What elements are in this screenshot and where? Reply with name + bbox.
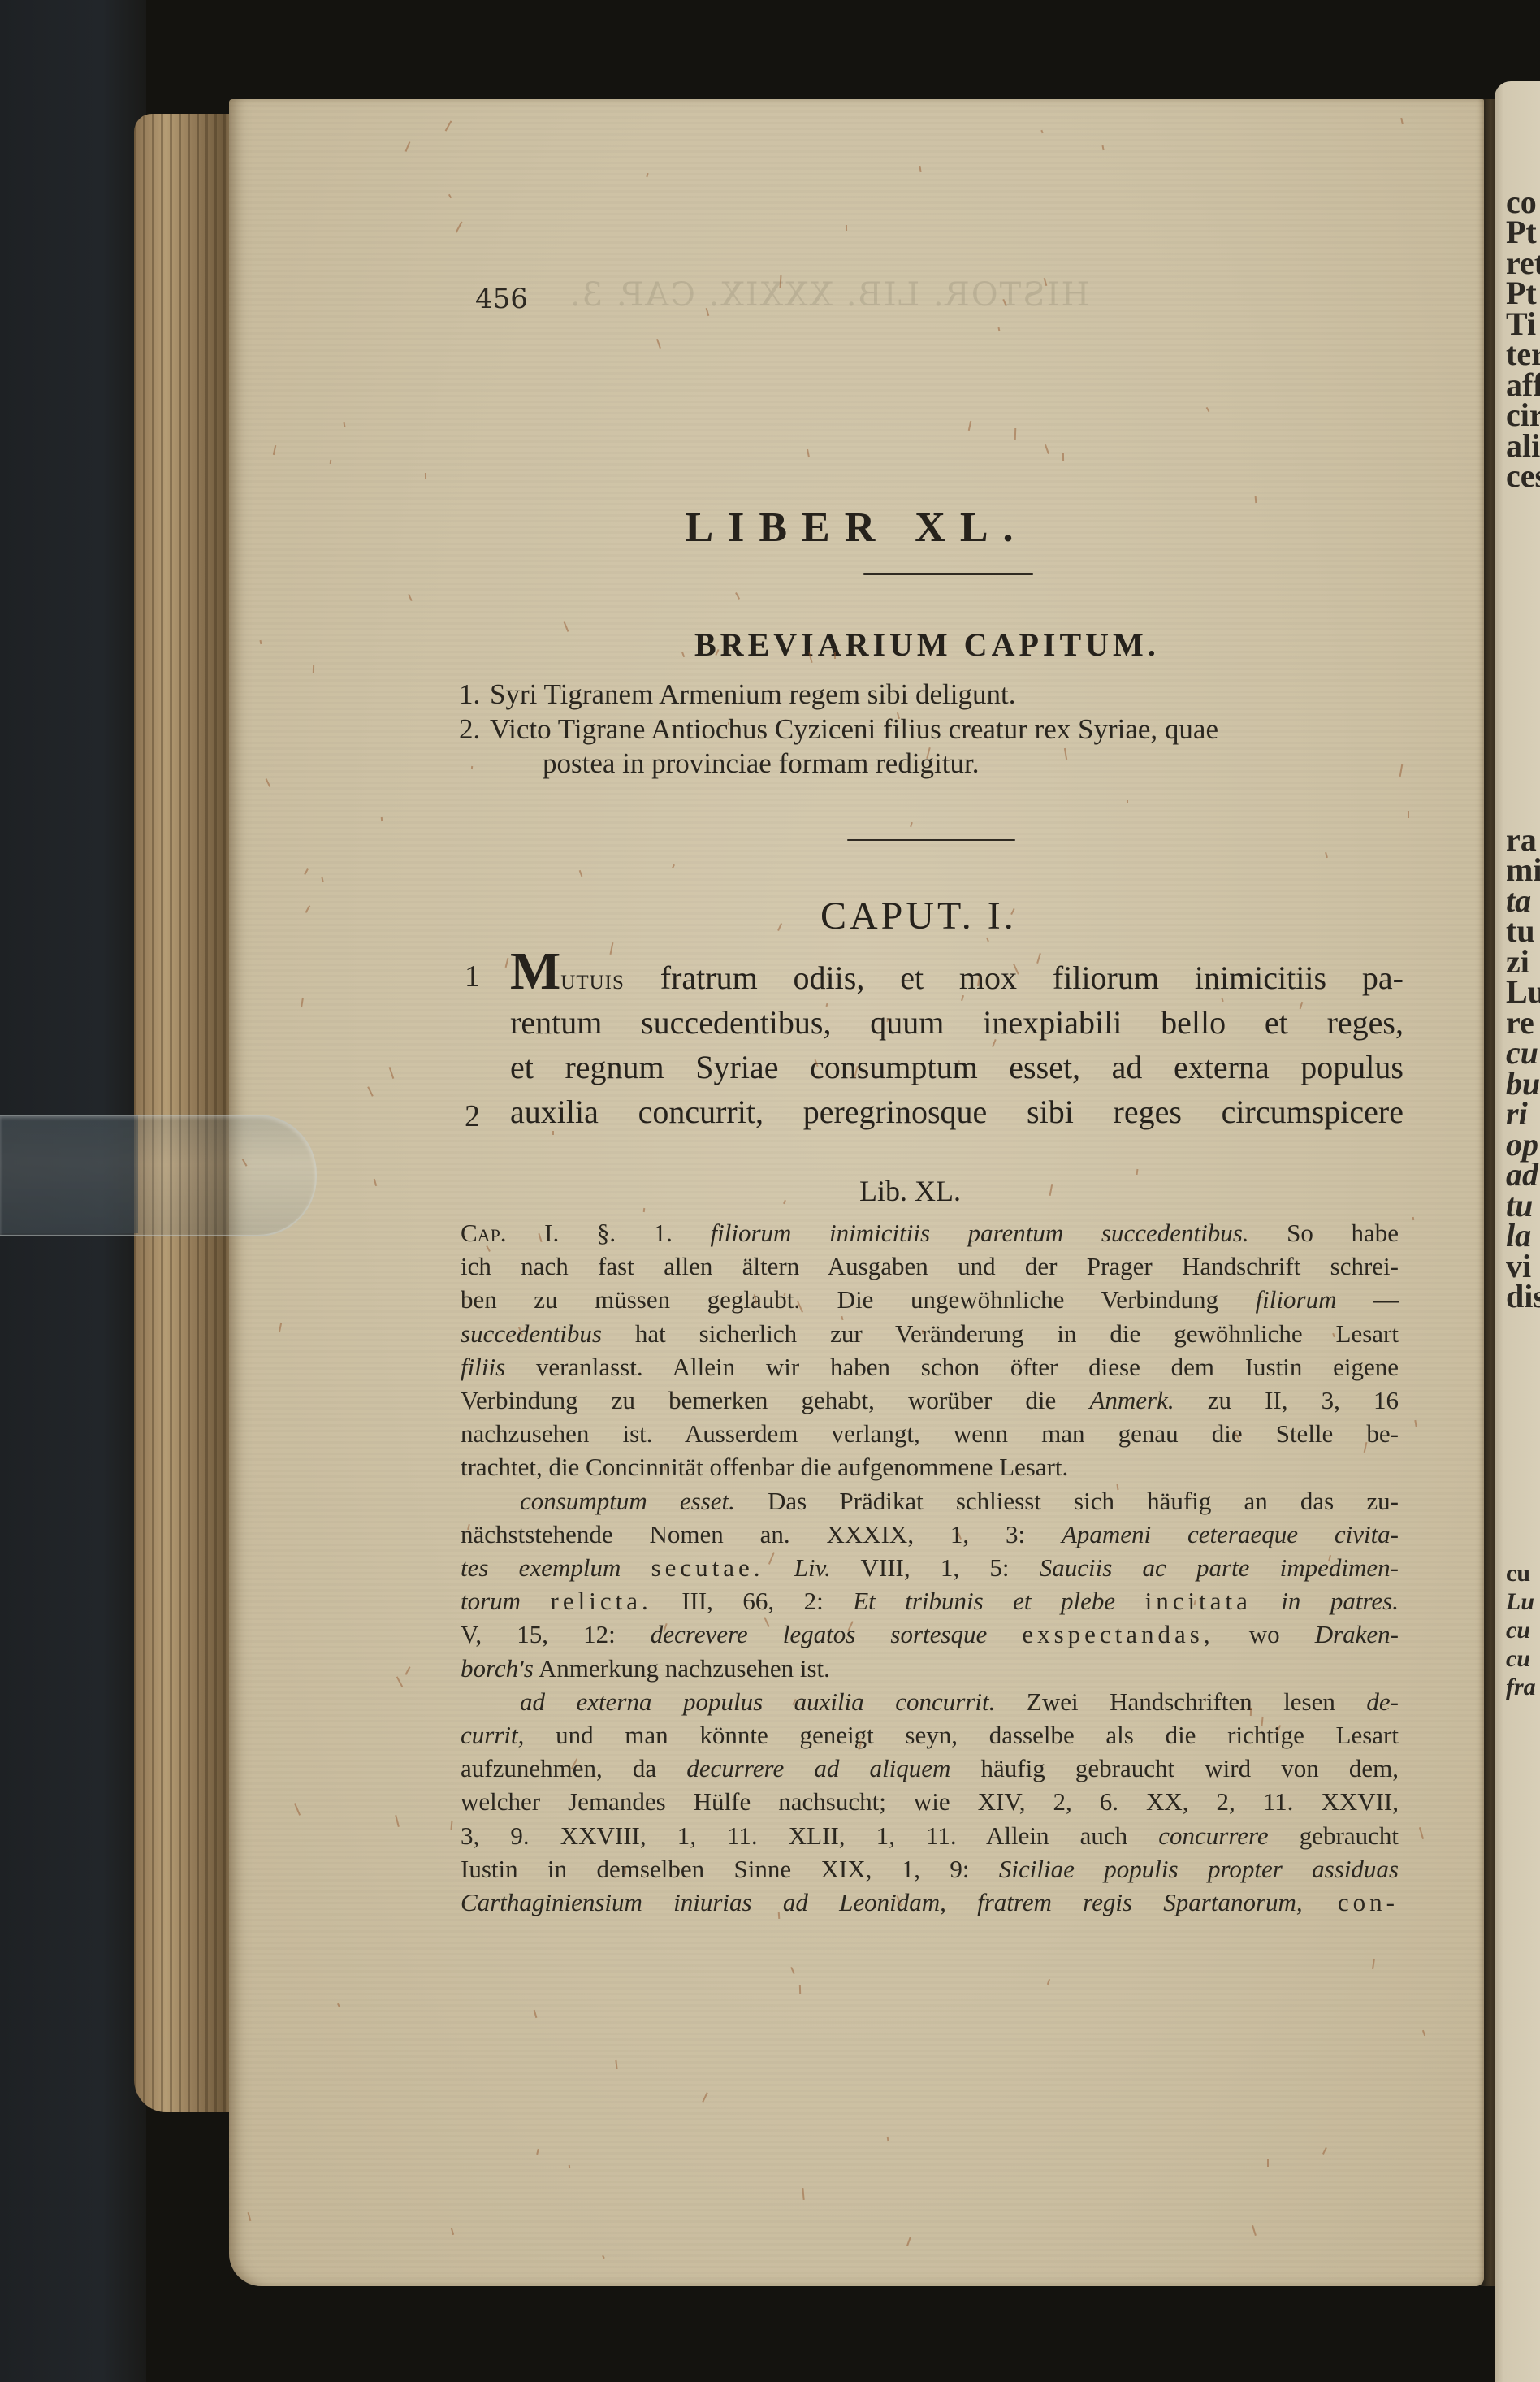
commentary-line: ich nach fast allen ältern Ausgaben und …	[461, 1252, 1399, 1281]
commentary-line: tes exemplum secutae. Liv. VIII, 1, 5: S…	[461, 1553, 1399, 1583]
facing-page-text-fragment: fra	[1506, 1674, 1536, 1701]
book-page	[229, 99, 1484, 2286]
commentary-line: ad externa populus auxilia concurrit. Zw…	[520, 1687, 1399, 1717]
show-through-running-header: HISTOR. LIB. XXXIX. CAP. 3.	[569, 276, 1089, 314]
page-holder-clip	[0, 1115, 317, 1236]
commentary-line: ben zu müssen geglaubt. Die ungewöhnlich…	[461, 1285, 1399, 1314]
commentary-line: V, 15, 12: decrevere legatos sortesque e…	[461, 1620, 1399, 1649]
commentary-line: Cap. I. §. 1. filiorum inimicitiis paren…	[461, 1219, 1399, 1248]
paper-fleck	[664, 1466, 665, 1470]
commentary-line: consumptum esset. Das Prädikat schliesst…	[520, 1487, 1399, 1516]
commentary-line: filiis veranlasst. Allein wir haben scho…	[461, 1353, 1399, 1382]
paper-fleck	[343, 422, 345, 427]
commentary-line: Carthaginiensium iniurias ad Leonidam, f…	[461, 1888, 1399, 1917]
book-fore-edge	[134, 114, 240, 2112]
paper-fleck	[330, 460, 331, 464]
facing-page-edge: coPtretPtTiteraffciralicesramitatuziLure…	[1495, 81, 1540, 2382]
commentary-line: borch's Anmerkung nachzusehen ist.	[461, 1654, 1399, 1683]
breviarium-item-continuation: postea in provinciae formam redigitur.	[543, 747, 979, 780]
paper-fleck	[1014, 427, 1016, 440]
commentary-line: nachzusehen ist. Ausserdem verlangt, wen…	[461, 1419, 1399, 1449]
section-number: 2	[465, 1098, 480, 1134]
main-text-line: et regnum Syriae consumptum esset, ad ex…	[510, 1048, 1404, 1086]
main-text-line: Mutuis fratrum odiis, et mox filiorum in…	[510, 951, 1404, 997]
item-text: postea in provinciae formam redigitur.	[543, 747, 979, 779]
facing-page-text-fragment: cu	[1506, 1617, 1530, 1644]
divider-rule	[863, 573, 1033, 575]
commentary-line: succedentibus hat sicherlich zur Verände…	[461, 1319, 1399, 1349]
section-number: 1	[465, 959, 480, 994]
commentary-line: aufzunehmen, da decurrere ad aliquem häu…	[461, 1754, 1399, 1783]
commentary-line: trachtet, die Concinnität offenbar die a…	[461, 1453, 1399, 1482]
main-text-line: auxilia concurrit, peregrinosque sibi re…	[510, 1093, 1404, 1131]
paper-fleck	[1408, 811, 1409, 818]
item-number: 1.	[459, 678, 490, 711]
commentary-line: Verbindung zu bemerken gehabt, worüber d…	[461, 1386, 1399, 1415]
item-text: Victo Tigrane Antiochus Cyziceni filius …	[490, 713, 1218, 745]
paper-fleck	[921, 1330, 924, 1335]
paper-fleck	[1136, 1169, 1138, 1175]
facing-page-text-fragment: cu	[1506, 1645, 1530, 1673]
paper-fleck	[425, 473, 426, 479]
breviarium-item: 1.Syri Tigranem Armenium regem sibi deli…	[459, 678, 1015, 711]
commentary-header: Lib. XL.	[859, 1174, 961, 1208]
paper-fleck	[834, 652, 836, 659]
divider-rule	[847, 839, 1015, 841]
main-text-line: rentum succedentibus, quum inexpiabili b…	[510, 1003, 1404, 1042]
commentary-line: Iustin in demselben Sinne XIX, 1, 9: Sic…	[461, 1855, 1399, 1884]
drop-cap: M	[510, 942, 560, 1001]
commentary-line: currit, und man könnte geneigt seyn, das…	[461, 1721, 1399, 1750]
commentary-line: welcher Jemandes Hülfe nachsucht; wie XI…	[461, 1787, 1399, 1817]
gutter-shadow	[1478, 99, 1496, 2286]
commentary-line: torum relicta. III, 66, 2: Et tribunis e…	[461, 1587, 1399, 1616]
breviarium-item: 2.Victo Tigrane Antiochus Cyziceni filiu…	[459, 713, 1218, 746]
paper-fleck	[625, 1866, 626, 1874]
drop-cap-rest: utuis	[560, 963, 625, 995]
facing-page-text-fragment: ces	[1506, 457, 1540, 495]
paper-fleck	[470, 766, 472, 770]
facing-page-text-fragment: Lu	[1506, 1588, 1534, 1616]
page-number: 456	[475, 283, 528, 315]
paper-fleck	[643, 1208, 646, 1212]
paper-fleck	[846, 225, 847, 231]
facing-page-text-fragment: cu	[1506, 1560, 1530, 1587]
item-number: 2.	[459, 713, 490, 746]
chapter-title: CAPUT. I.	[820, 894, 1017, 938]
breviarium-title: BREVIARIUM CAPITUM.	[694, 626, 1160, 664]
item-text: Syri Tigranem Armenium regem sibi deligu…	[490, 678, 1015, 710]
commentary-line: nächststehende Nomen an. XXXIX, 1, 3: Ap…	[461, 1520, 1399, 1549]
facing-page-text-fragment: dis	[1506, 1277, 1540, 1315]
paper-fleck	[1062, 453, 1064, 461]
paper-fleck	[381, 817, 383, 821]
book-title: LIBER XL.	[229, 504, 1484, 552]
commentary-line: 3, 9. XXVIII, 1, 11. XLII, 1, 11. Allein…	[461, 1821, 1399, 1851]
